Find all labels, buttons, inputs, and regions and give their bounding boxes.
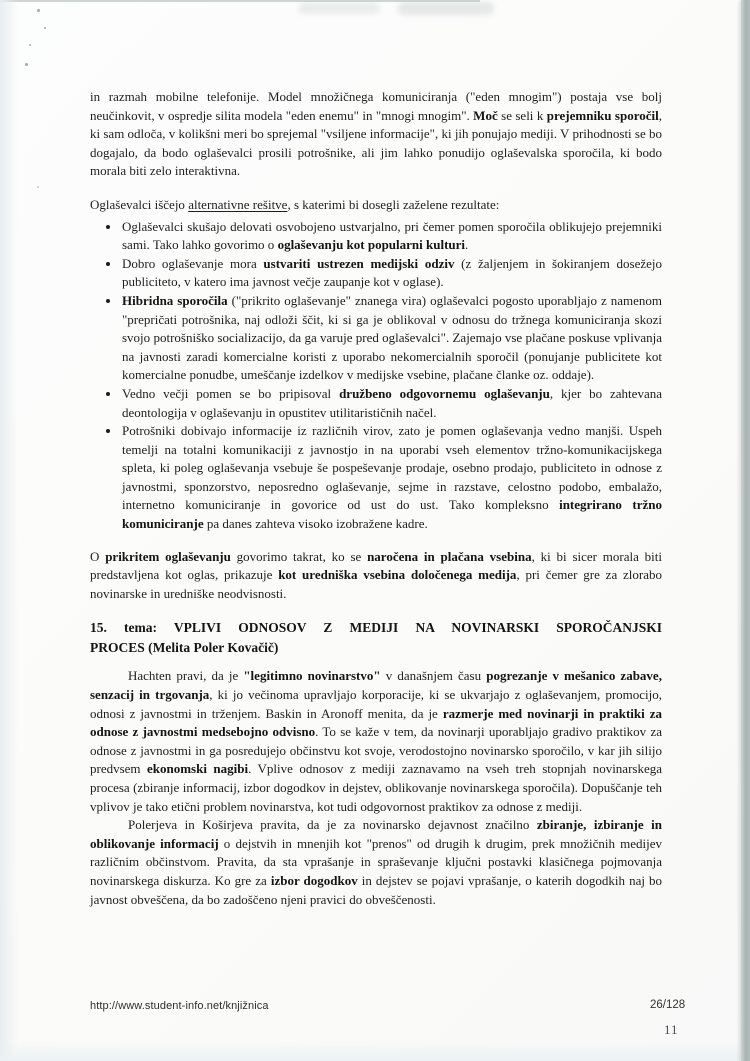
footer-page-number: 11 xyxy=(664,1022,679,1038)
bold-text: ekonomski nagibi xyxy=(147,761,248,776)
text-run: Vedno večji pomen se bo pripisoval xyxy=(122,386,339,401)
scan-edge-bottom xyxy=(0,1041,750,1061)
bold-text: Moč xyxy=(473,108,498,123)
list-item: Vedno večji pomen se bo pripisoval družb… xyxy=(121,385,662,422)
list-item: Dobro oglaševanje mora ustvariti ustreze… xyxy=(121,255,662,292)
bold-text: kot uredniška vsebina določenega medija xyxy=(278,567,516,582)
text-run: pa danes zahteva visoko izobražene kadre… xyxy=(204,516,428,531)
text-run: Oglaševalci iščejo xyxy=(90,197,188,212)
bold-text: prejemniku sporočil xyxy=(547,108,659,123)
paragraph-list-lead: Oglaševalci iščejo alternativne rešitve,… xyxy=(90,196,662,215)
list-item: Oglaševalci skušajo delovati osvobojeno … xyxy=(121,218,662,255)
paragraph-hidden-advertising: O prikritem oglaševanju govorimo takrat,… xyxy=(90,548,662,604)
bold-text: prikritem oglaševanju xyxy=(105,549,231,564)
paragraph-hachten: Hachten pravi, da je "legitimno novinars… xyxy=(90,667,662,816)
scan-smudge xyxy=(298,3,380,14)
scan-edge-right xyxy=(741,0,750,1061)
text-run: O xyxy=(90,549,105,564)
bold-text: ustvariti ustrezen medijski odziv xyxy=(263,256,454,271)
scan-smudge xyxy=(398,2,494,15)
scanned-page: in razmah mobilne telefonije. Model množ… xyxy=(0,0,750,1061)
heading-line: PROCES (Melita Poler Kovačič) xyxy=(90,638,662,658)
footer-page-fraction: 26/128 xyxy=(650,999,685,1011)
scan-edge-top xyxy=(0,0,480,2)
section-heading-topic-15: 15. tema: VPLIVI ODNOSOV Z MEDIJI NA NOV… xyxy=(90,618,662,657)
document-body: in razmah mobilne telefonije. Model množ… xyxy=(90,88,662,909)
list-item: Hibridna sporočila ("prikrito oglaševanj… xyxy=(121,292,662,385)
heading-line: 15. tema: VPLIVI ODNOSOV Z MEDIJI NA NOV… xyxy=(90,618,662,638)
bold-text: oglaševanju kot popularni kulturi xyxy=(278,237,465,252)
list-item: Potrošniki dobivajo informacije iz razli… xyxy=(121,422,662,534)
scan-speck xyxy=(37,9,40,12)
bold-text: družbeno odgovornemu oglaševanju xyxy=(339,386,550,401)
text-run: v današnjem času xyxy=(381,668,487,683)
bold-text: "legitimno novinarstvo" xyxy=(243,668,380,683)
scan-speck xyxy=(29,44,31,46)
bullet-list-alternative-solutions: Oglaševalci skušajo delovati osvobojeno … xyxy=(90,218,662,534)
text-run: Hachten pravi, da je xyxy=(128,668,243,683)
bold-text: Hibridna sporočila xyxy=(122,293,228,308)
text-run: govorimo takrat, ko se xyxy=(231,549,367,564)
text-run: Polerjeva in Koširjeva pravita, da je za… xyxy=(128,817,537,832)
bold-text: izbor dogodkov xyxy=(271,873,358,888)
scan-speck xyxy=(44,27,46,29)
text-run: Dobro oglaševanje mora xyxy=(122,256,263,271)
scan-speck xyxy=(25,63,28,66)
paragraph-mobile-telephony: in razmah mobilne telefonije. Model množ… xyxy=(90,88,662,181)
text-run: , s katerimi bi dosegli zaželene rezulta… xyxy=(287,197,499,212)
text-run: . xyxy=(465,237,468,252)
bold-text: naročena in plačana vsebina xyxy=(367,549,532,564)
scan-edge-left xyxy=(0,0,18,1061)
text-run: se seli k xyxy=(498,108,547,123)
scan-speck xyxy=(37,186,39,188)
underlined-text: alternativne rešitve xyxy=(188,197,287,212)
paragraph-poler-kosir: Polerjeva in Koširjeva pravita, da je za… xyxy=(90,816,662,909)
footer-url: http://www.student-info.net/knjižnica xyxy=(90,1000,269,1012)
